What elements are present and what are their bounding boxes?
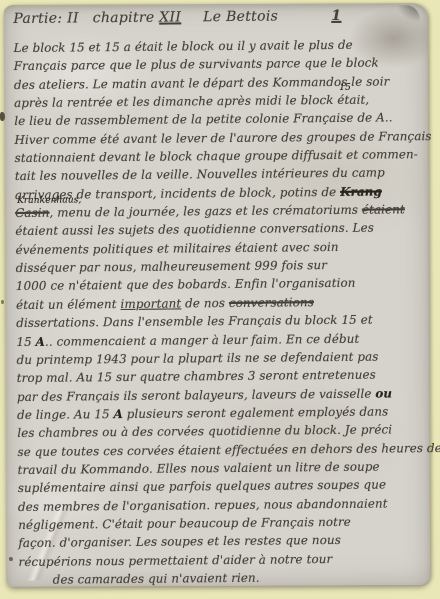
text-segment: étaient aussi les sujets des quotidienne…: [15, 221, 374, 238]
text-segment: travail du Kommando. Elles nous valaient…: [18, 459, 380, 476]
text-segment: A: [113, 407, 122, 421]
struck-word: Krang: [340, 184, 382, 198]
text-segment: du printemp 1943 pour la plupart ils ne …: [17, 349, 379, 366]
text-segment: plusieurs seront egalement employés dans: [123, 404, 389, 421]
text-segment: Hiver comme été avant le lever de l'auro…: [14, 129, 431, 147]
text-segment: ou: [375, 386, 392, 400]
manuscript-content: Partie: IIchapitre XIILe Bettois 1 Le bl…: [13, 7, 437, 589]
text-segment: trop mal. Au 15 sur quatre chambres 3 se…: [17, 368, 376, 385]
manuscript-lines: Le block 15 et 15 a était le block ou il…: [14, 35, 437, 589]
chapter-number: XII: [159, 9, 181, 25]
interlinear-insertion: 15: [339, 84, 351, 93]
text-segment: négligement. C'était pour beaucoup de Fr…: [18, 515, 351, 532]
text-segment: des camarades qui n'avaient rien.: [53, 571, 260, 587]
text-segment: stationnaient devant le block chaque gro…: [15, 147, 418, 165]
ink-speck: [9, 557, 13, 561]
text-segment: .. commencaient a manger à leur faim. En…: [45, 331, 359, 348]
text-segment: suplémentaire ainsi que parfois quelques…: [18, 478, 386, 496]
text-segment: , menu de la journée, les gazs et les cr…: [49, 203, 362, 220]
text-segment: disséquer par nous, malheureusement 999 …: [16, 258, 327, 275]
text-segment: 1000 ce n'étaient que des bobards. Enfin…: [16, 276, 356, 293]
struck-word: étaient: [362, 202, 405, 216]
text-segment: était un élément: [16, 297, 121, 312]
scanned-manuscript-page: { "header": { "part": "Partie: II", "cha…: [0, 0, 440, 599]
text-segment: événements politiques et militaires étai…: [15, 240, 338, 257]
text-segment: tait les nouvelles de la veille. Nouvell…: [15, 166, 385, 184]
part-label: Partie: II: [13, 10, 79, 27]
text-segment: 15: [16, 334, 35, 348]
struck-word: conversations: [229, 295, 314, 310]
manuscript-line: des camarades qui n'avaient rien.: [19, 567, 437, 589]
text-segment: Le block 15 et 15 a était le block ou il…: [14, 38, 353, 55]
struck-word: CasinKrankenhaus,: [15, 206, 49, 220]
chapter-title: Le Bettois: [203, 8, 278, 25]
text-segment: était,15: [337, 93, 369, 107]
text-segment: façon. d'organiser. Les soupes et les re…: [18, 533, 341, 550]
text-segment: dissertations. Dans l'ensemble les Franç…: [16, 313, 373, 330]
text-segment: se que toutes ces corvées étaient effect…: [17, 440, 440, 458]
text-segment: des membres de l'organisation. repues, n…: [18, 496, 388, 514]
manuscript-header: Partie: IIchapitre XIILe Bettois 1: [13, 7, 431, 37]
text-segment: les chambres ou à des corvées quotidienn…: [17, 423, 392, 441]
text-segment: le lieu de rassemblement de la petite co…: [14, 111, 392, 129]
chapter-label: chapitre: [93, 10, 155, 27]
ink-speck: [0, 112, 5, 121]
text-segment: après la rentrée et les dimanche après m…: [14, 93, 337, 110]
text-segment: par des Français ils seront balayeurs, l…: [17, 386, 376, 403]
text-segment: Français parce que le plus de survivants…: [14, 56, 379, 74]
text-segment: A: [36, 334, 45, 348]
text-segment: récupérions nous permettaient d'aider à …: [18, 552, 332, 569]
text-segment: important: [120, 296, 181, 311]
text-segment: de linge. Au 15: [17, 407, 114, 422]
text-segment: de nos: [181, 296, 229, 310]
text-segment: des ateliers. Le matin avant le départ d…: [14, 74, 390, 92]
page-number: 1: [331, 8, 341, 24]
ink-speck: [1, 300, 4, 304]
